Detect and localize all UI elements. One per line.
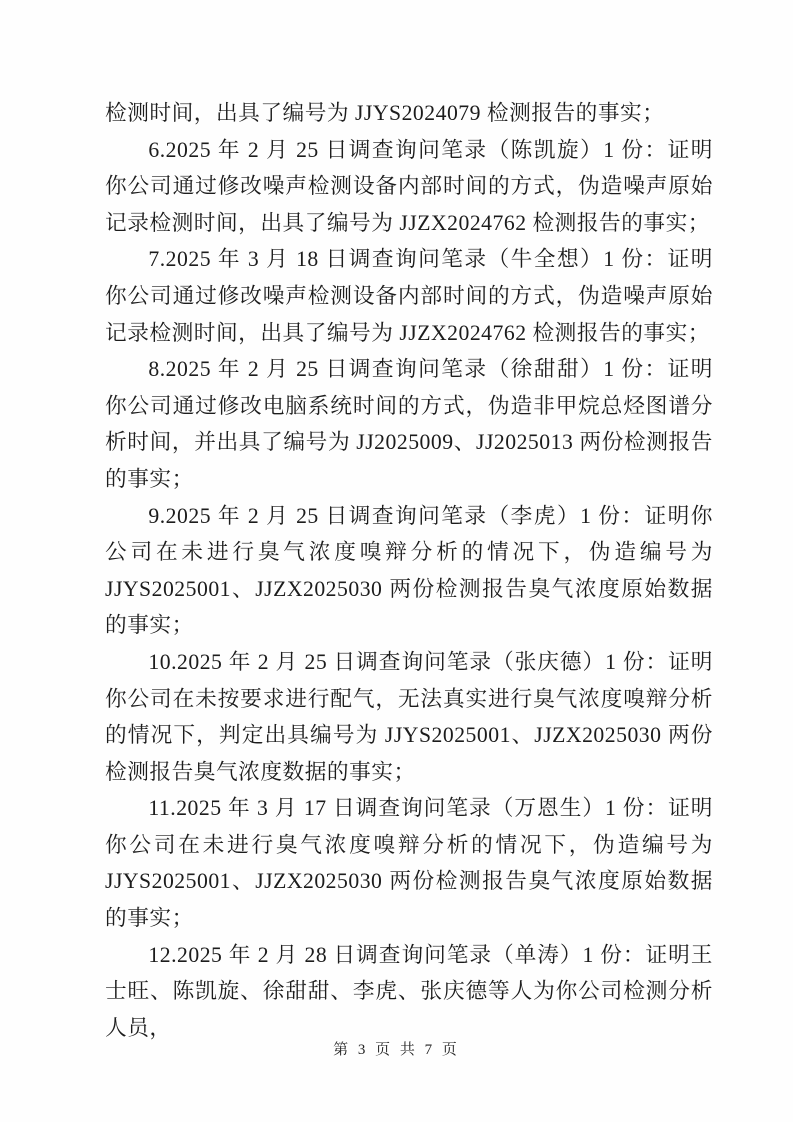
evidence-item-11: 11.2025 年 3 月 17 日调查询问笔录（万恩生）1 份：证明你公司在未…: [105, 790, 713, 936]
evidence-item-6: 6.2025 年 2 月 25 日调查询问笔录（陈凯旋）1 份：证明你公司通过修…: [105, 132, 713, 242]
evidence-item-7: 7.2025 年 3 月 18 日调查询问笔录（牛全想）1 份：证明你公司通过修…: [105, 241, 713, 351]
page-number-footer: 第 3 页 共 7 页: [0, 1038, 793, 1059]
evidence-item-9: 9.2025 年 2 月 25 日调查询问笔录（李虎）1 份：证明你公司在未进行…: [105, 498, 713, 644]
paragraph-continuation: 检测时间，出具了编号为 JJYS2024079 检测报告的事实；: [105, 95, 713, 132]
evidence-item-12: 12.2025 年 2 月 28 日调查询问笔录（单涛）1 份：证明王士旺、陈凯…: [105, 937, 713, 1047]
evidence-item-10: 10.2025 年 2 月 25 日调查询问笔录（张庆德）1 份：证明你公司在未…: [105, 644, 713, 790]
document-page: 检测时间，出具了编号为 JJYS2024079 检测报告的事实； 6.2025 …: [0, 0, 793, 1122]
document-body: 检测时间，出具了编号为 JJYS2024079 检测报告的事实； 6.2025 …: [105, 95, 713, 1046]
evidence-item-8: 8.2025 年 2 月 25 日调查询问笔录（徐甜甜）1 份：证明你公司通过修…: [105, 351, 713, 497]
